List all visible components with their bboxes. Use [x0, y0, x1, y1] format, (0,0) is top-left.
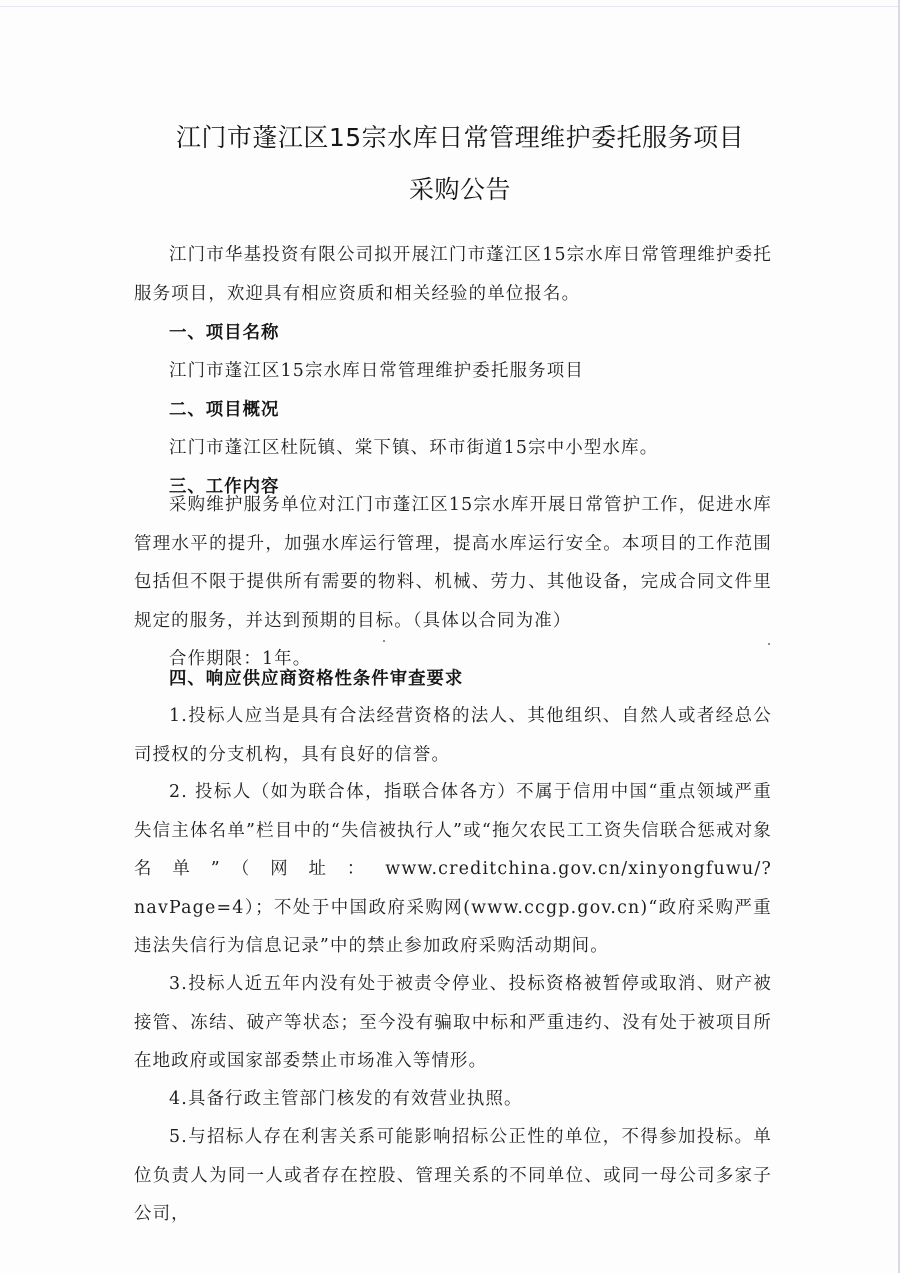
section-heading-qualifications: 四、响应供应商资格性条件审查要求 — [169, 660, 463, 698]
document-title: 江门市蓬江区15宗水库日常管理维护委托服务项目 — [10, 118, 900, 154]
scan-speck — [768, 643, 770, 645]
scan-speck — [383, 640, 385, 642]
document-page: 江门市蓬江区15宗水库日常管理维护委托服务项目 采购公告 江门市华基投资有限公司… — [0, 0, 900, 1273]
scan-top-edge — [0, 6, 900, 7]
qualification-item-4: 4.具备行政主管部门核发的有效营业执照。 — [134, 1080, 772, 1119]
qualification-item-5: 5.与招标人存在利害关系可能影响招标公正性的单位，不得参加投标。单位负责人为同一… — [134, 1118, 772, 1234]
qualification-item-3: 3.投标人近五年内没有处于被责令停业、投标资格被暂停或取消、财产被接管、冻结、破… — [134, 965, 772, 1081]
section-heading-project-overview: 二、项目概况 — [169, 391, 279, 429]
section-body-project-name: 江门市蓬江区15宗水库日常管理维护委托服务项目 — [134, 352, 772, 391]
qualification-item-2: 2. 投标人（如为联合体，指联合体各方）不属于信用中国“重点领域严重失信主体名单… — [134, 773, 772, 966]
section-body-work-content: 采购维护服务单位对江门市蓬江区15宗水库开展日常管护工作，促进水库管理水平的提升… — [134, 486, 772, 640]
section-body-project-overview: 江门市蓬江区杜阮镇、棠下镇、环市街道15宗中小型水库。 — [134, 429, 772, 468]
document-subtitle: 采购公告 — [10, 170, 900, 206]
section-heading-project-name: 一、项目名称 — [169, 314, 279, 352]
qualification-item-1: 1.投标人应当是具有合法经营资格的法人、其他组织、自然人或者经总公司授权的分支机… — [134, 697, 772, 774]
intro-paragraph: 江门市华基投资有限公司拟开展江门市蓬江区15宗水库日常管理维护委托服务项目，欢迎… — [134, 236, 772, 313]
